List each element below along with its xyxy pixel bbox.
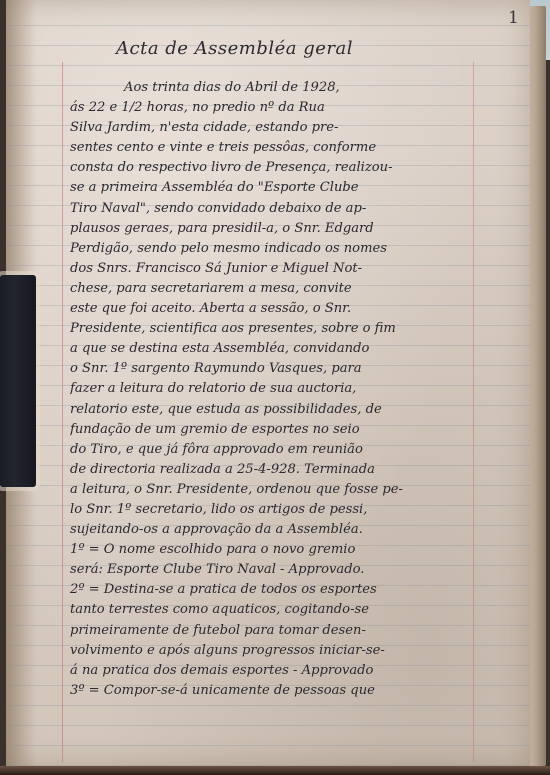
book-bottom-edge — [0, 766, 550, 775]
minutes-body: Aos trinta dias do Abril de 1928, ás 22 … — [70, 78, 480, 701]
text-line: 3º = Compor-se-á unicamente de pessoas q… — [70, 681, 480, 701]
text-line: plausos geraes, para presidil-a, o Snr. … — [70, 219, 480, 239]
text-line: lo Snr. 1º secretario, lido os artigos d… — [70, 500, 480, 520]
text-line: do Tiro, e que já fôra approvado em reun… — [70, 440, 480, 460]
text-line: a leitura, o Snr. Presidente, ordenou qu… — [70, 480, 480, 500]
text-line: consta do respectivo livro de Presença, … — [70, 158, 480, 178]
text-line: relatorio este, que estuda as possibilid… — [70, 400, 480, 420]
text-line: ás 22 e 1/2 horas, no predio nº da Rua — [70, 98, 480, 118]
text-line: se a primeira Assembléa do "Esporte Club… — [70, 178, 480, 198]
text-line: Aos trinta dias do Abril de 1928, — [70, 78, 480, 98]
text-line: Perdigão, sendo pelo mesmo indicado os n… — [70, 239, 480, 259]
text-line: este que foi aceito. Aberta a sessão, o … — [70, 299, 480, 319]
text-line: tanto terrestes como aquaticos, cogitand… — [70, 600, 480, 620]
text-line: sentes cento e vinte e treis pessôas, co… — [70, 138, 480, 158]
text-line: será: Esporte Clube Tiro Naval - Approva… — [70, 560, 480, 580]
text-line: 1º = O nome escolhido para o novo gremio — [70, 540, 480, 560]
text-line: fazer a leitura do relatorio de sua auct… — [70, 379, 480, 399]
text-line: a que se destina esta Assembléa, convida… — [70, 339, 480, 359]
text-line: á na pratica dos demais esportes - Appro… — [70, 661, 480, 681]
text-line: o Snr. 1º sargento Raymundo Vasques, par… — [70, 359, 480, 379]
page-number: 1 — [508, 8, 519, 28]
text-line: dos Snrs. Francisco Sá Junior e Miguel N… — [70, 259, 480, 279]
text-line: de directoria realizada a 25-4-928. Term… — [70, 460, 480, 480]
document-title: Acta de Assembléa geral — [116, 38, 353, 59]
text-line: Silva Jardim, n'esta cidade, estando pre… — [70, 118, 480, 138]
text-line: primeiramente de futebol para tomar dese… — [70, 621, 480, 641]
text-line: chese, para secretariarem a mesa, convit… — [70, 279, 480, 299]
left-margin-line — [62, 62, 63, 762]
text-line: 2º = Destina-se a pratica de todos os es… — [70, 580, 480, 600]
text-line: sujeitando-os a approvação da a Assemblé… — [70, 520, 480, 540]
ledger-page: 1 Acta de Assembléa geral Aos trinta dia… — [6, 0, 530, 768]
text-line: Tiro Naval", sendo convidado debaixo de … — [70, 199, 480, 219]
text-line: volvimento e após alguns progressos inic… — [70, 641, 480, 661]
text-line: Presidente, scientifica aos presentes, s… — [70, 319, 480, 339]
black-tape-strip — [0, 275, 36, 487]
text-line: fundação de um gremio de esportes no sei… — [70, 420, 480, 440]
scanned-ledger-scene: 1 Acta de Assembléa geral Aos trinta dia… — [0, 0, 550, 775]
